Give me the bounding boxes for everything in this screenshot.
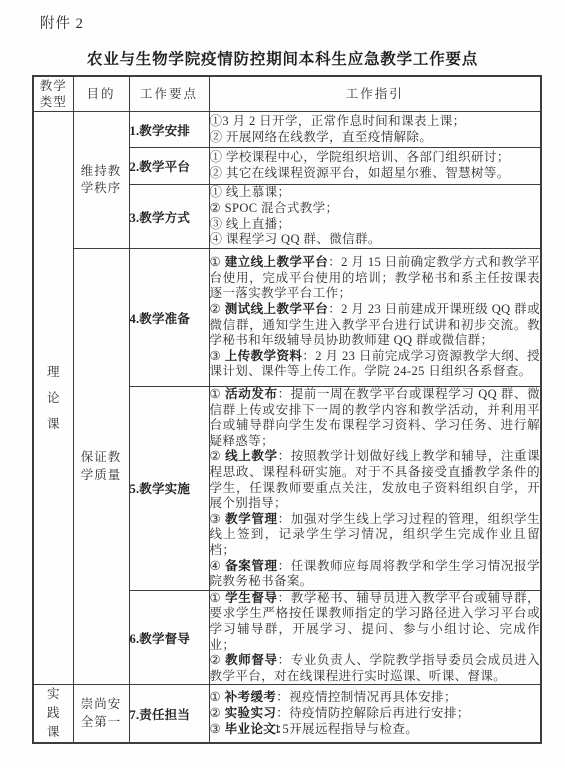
guide-item: ② 其它在线课程资源平台，如超星尔雅、智慧树等。 [210,166,541,182]
attachment-label: 附件 2 [40,12,84,33]
cell-point-4: 4.教学准备 [129,249,209,387]
header-teaching-type: 教学类型 [33,76,73,112]
vertical-char: 论 [34,385,73,411]
cell-point-3: 3.教学方式 [129,185,209,249]
cell-guide-5: ① 活动发布：提前一周在教学平台或课程学习 QQ 群、微信群上传或安排下一周的教… [209,387,541,591]
cell-purpose-quality: 保证教学质量 [73,249,129,685]
page-title: 农业与生物学院疫情防控期间本科生应急教学工作要点 [0,47,565,69]
guide-item: ③ 线上直播； [210,217,541,233]
cell-guide-1: ①3 月 2 日开学，正常作息时间和课表上课；② 开展网络在线教学，直至疫情解除… [209,112,541,148]
cell-purpose-order: 维持教学秩序 [73,112,129,249]
purpose-order-label: 维持教学秩序 [79,163,123,198]
guide-item: ① 建立线上教学平台：2 月 15 日前确定教学方式和教学平台使用，完成平台使用… [210,255,541,302]
guide-item: ④ 课程学习 QQ 群、微信群。 [210,232,541,248]
vertical-char: 课 [34,411,73,437]
header-work-guide: 工作指引 [209,76,541,112]
cell-point-2: 2.教学平台 [129,148,209,185]
guide-item: ② 测试线上教学平台：2 月 23 日前建成开课班级 QQ 群或微信群，通知学生… [210,302,541,349]
guide-item: ① 学生督导：教学秘书、辅导员进入教学平台或辅导群，要求学生严格按任课教师指定的… [210,591,541,653]
guide-item: ① 活动发布：提前一周在教学平台或课程学习 QQ 群、微信群上传或安排下一周的教… [210,387,541,449]
header-purpose: 目的 [73,76,129,112]
cell-point-5: 5.教学实施 [129,387,209,591]
work-points-table: 教学类型 目的 工作要点 工作指引 理论课 维持教学秩序 1.教学安排 ①3 月… [32,75,542,744]
guide-item: ③ 教学管理：加强对学生线上学习过程的管理，组织学生线上签到，记录学生学习情况，… [210,512,541,559]
cell-guide-6: ① 学生督导：教学秘书、辅导员进入教学平台或辅导群，要求学生严格按任课教师指定的… [209,590,541,685]
table-row: 保证教学质量 4.教学准备 ① 建立线上教学平台：2 月 15 日前确定教学方式… [33,249,541,387]
table-header-row: 教学类型 目的 工作要点 工作指引 [33,76,541,112]
guide-item: ① 线上慕课； [210,185,541,201]
guide-item: ① 补考缓考：视疫情控制情况再具体安排； [210,690,541,706]
cell-guide-2: ① 学校课程中心，学院组织培训、各部门组织研讨；② 其它在线课程资源平台，如超星… [209,148,541,185]
guide-item: ② 教师督导：专业负责人、学院教学指导委员会成员进入教学平台，对在线课程进行实时… [210,653,541,684]
document-page: 附件 2 农业与生物学院疫情防控期间本科生应急教学工作要点 教学类型 目的 工作… [0,0,565,768]
page-number: - 15 - [0,722,565,737]
vertical-char: 理 [34,359,73,385]
cell-type-theory: 理论课 [33,112,73,685]
guide-item: ① 学校课程中心，学院组织培训、各部门组织研讨； [210,150,541,166]
guide-item: ①3 月 2 日开学，正常作息时间和课表上课； [210,114,541,130]
header-work-point: 工作要点 [129,76,209,112]
table-row: 理论课 维持教学秩序 1.教学安排 ①3 月 2 日开学，正常作息时间和课表上课… [33,112,541,148]
vertical-char: 实 [34,685,73,704]
vertical-char: 践 [34,704,73,723]
guide-item: ② 开展网络在线教学，直至疫情解除。 [210,130,541,146]
purpose-quality-label: 保证教学质量 [79,449,123,484]
guide-item: ④ 备案管理：任课教师应每周将教学和学生学习情况报学院教务秘书备案。 [210,559,541,590]
guide-item: ② 线上教学：按照教学计划做好线上教学和辅导，注重课程思政、课程科研实施。对于不… [210,449,541,511]
guide-item: ③ 上传教学资料：2 月 23 日前完成学习资源教学大纲、授课计划、课件等上传工… [210,349,541,380]
cell-point-6: 6.教学督导 [129,590,209,685]
guide-item: ② SPOC 混合式教学； [210,201,541,217]
cell-guide-4: ① 建立线上教学平台：2 月 15 日前确定教学方式和教学平台使用，完成平台使用… [209,249,541,387]
guide-item: ② 实验实习：待疫情防控解除后再进行安排； [210,706,541,722]
cell-point-1: 1.教学安排 [129,112,209,148]
cell-guide-3: ① 线上慕课；② SPOC 混合式教学；③ 线上直播；④ 课程学习 QQ 群、微… [209,185,541,249]
